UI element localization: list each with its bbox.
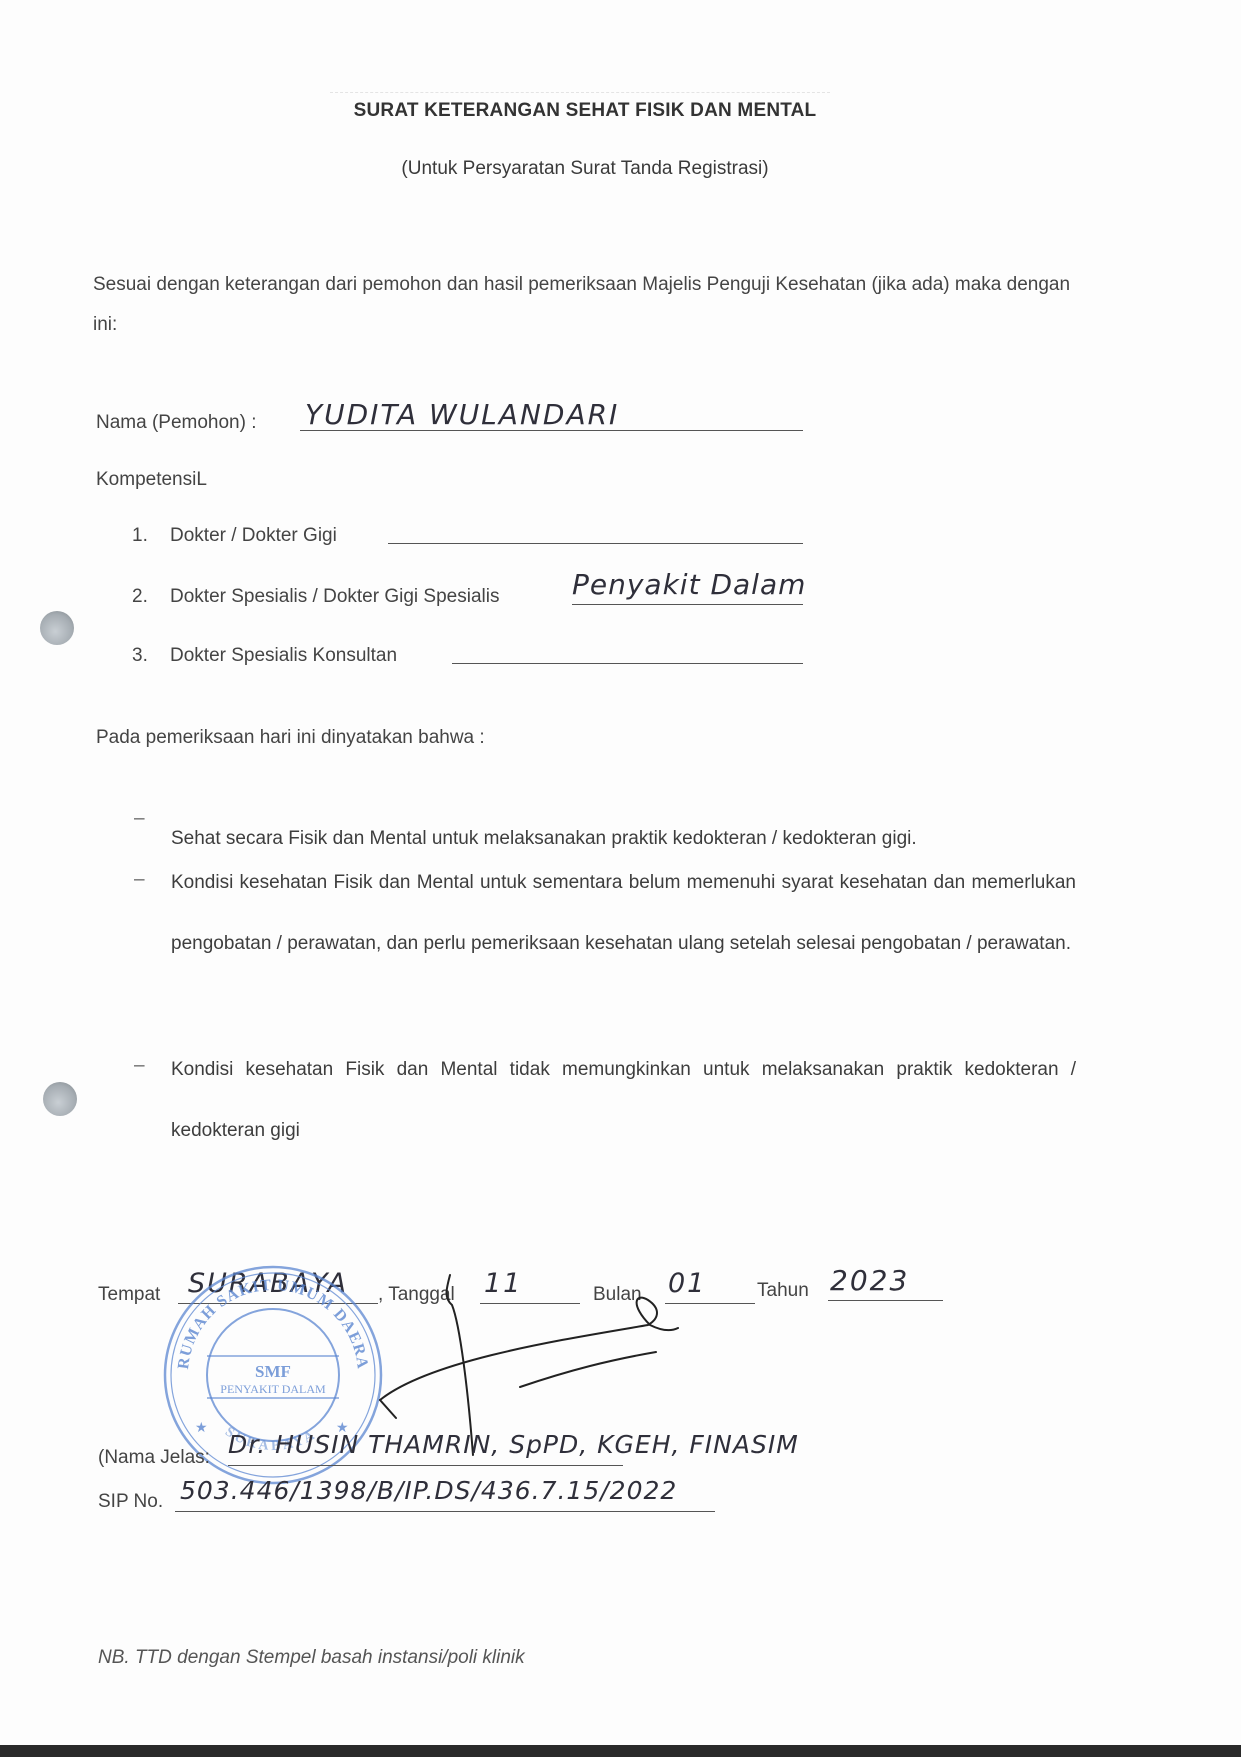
competency-item-line [388, 543, 803, 544]
footnote: NB. TTD dengan Stempel basah instansi/po… [98, 1647, 525, 1669]
statement-dash: – [134, 808, 145, 830]
applicant-label: Nama (Pemohon) : [96, 412, 257, 434]
applicant-name: YUDITA WULANDARI [305, 398, 619, 431]
statement-dash: – [134, 1055, 145, 1077]
statement-dash: – [134, 869, 145, 891]
statement-option: Kondisi kesehatan Fisik dan Mental untuk… [171, 852, 1076, 974]
star-icon: ★ [195, 1419, 208, 1435]
signer-name-label: (Nama Jelas: [98, 1447, 210, 1469]
competency-item-label: Dokter / Dokter Gigi [170, 525, 337, 547]
sip-value: 503.446/1398/B/IP.DS/436.7.15/2022 [180, 1476, 677, 1505]
competency-item-number: 3. [132, 645, 148, 667]
document-page: SURAT KETERANGAN SEHAT FISIK DAN MENTAL … [0, 0, 1241, 1745]
hole-punch [43, 1082, 77, 1116]
scan-artifact-line [330, 92, 830, 93]
sip-label: SIP No. [98, 1491, 163, 1513]
competency-item-number: 1. [132, 525, 148, 547]
competency-item-line [452, 663, 803, 664]
signer-name-value: Dr. HUSIN THAMRIN, SpPD, KGEH, FINASIM [228, 1430, 799, 1459]
intro-paragraph: Sesuai dengan keterangan dari pemohon da… [93, 265, 1078, 345]
document-title: SURAT KETERANGAN SEHAT FISIK DAN MENTAL [0, 100, 1170, 122]
year-label: Tahun [757, 1280, 809, 1302]
svg-text:RUMAH SAKIT UMUM DAERAH Dr. SO: RUMAH SAKIT UMUM DAERAH Dr. SOETOMO [160, 1262, 371, 1370]
competency-item-label: Dokter Spesialis / Dokter Gigi Spesialis [170, 586, 499, 608]
document-subtitle: (Untuk Persyaratan Surat Tanda Registras… [0, 158, 1170, 180]
place-label: Tempat [98, 1284, 160, 1306]
statement-option: Kondisi kesehatan Fisik dan Mental tidak… [171, 1039, 1076, 1161]
sip-underline [175, 1511, 715, 1512]
competency-item-number: 2. [132, 586, 148, 608]
stamp-outer-text: RUMAH SAKIT UMUM DAERAH Dr. SOETOMO [160, 1262, 371, 1370]
competency-item-label: Dokter Spesialis Konsultan [170, 645, 397, 667]
scan-edge [0, 1745, 1241, 1757]
statement-intro: Pada pemeriksaan hari ini dinyatakan bah… [96, 727, 485, 749]
stamp-center-line1: SMF [255, 1362, 291, 1381]
stamp-center-line2: PENYAKIT DALAM [220, 1382, 326, 1396]
year-value: 2023 [830, 1264, 909, 1297]
year-underline [828, 1300, 943, 1301]
competency-item-line [572, 604, 803, 605]
competency-item-value: Penyakit Dalam [572, 568, 806, 601]
competency-label: KompetensiL [96, 469, 207, 491]
signer-name-underline [228, 1465, 623, 1466]
hole-punch [40, 611, 74, 645]
